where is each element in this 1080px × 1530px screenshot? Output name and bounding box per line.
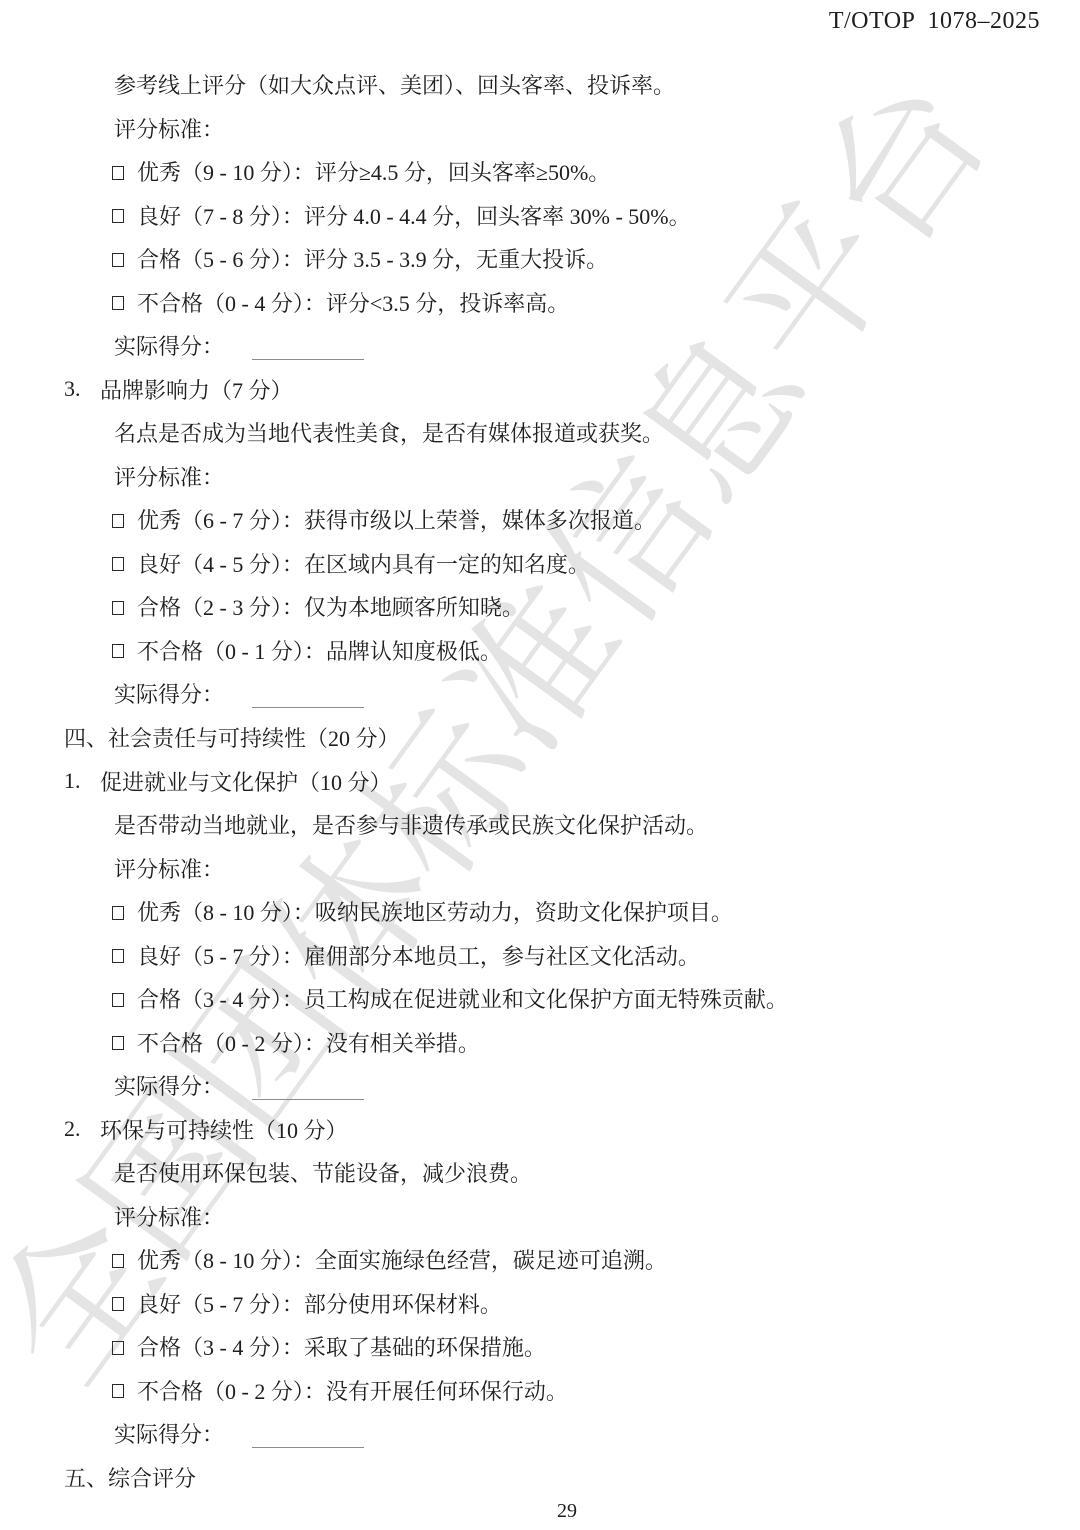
line-text: 名点是否成为当地代表性美食，是否有媒体报道或获奖。 bbox=[114, 417, 664, 448]
checkbox-icon bbox=[112, 993, 124, 1007]
line-text: 实际得分： bbox=[114, 1070, 224, 1101]
line-text: 环保与可持续性（10 分） bbox=[100, 1114, 348, 1145]
checkbox-icon bbox=[112, 166, 124, 180]
criteria-option: 良好（5 - 7 分）：部分使用环保材料。 bbox=[0, 1281, 1080, 1325]
criteria-option: 良好（5 - 7 分）：雇佣部分本地员工，参与社区文化活动。 bbox=[0, 933, 1080, 977]
criteria-option: 合格（3 - 4 分）：采取了基础的环保措施。 bbox=[0, 1325, 1080, 1369]
line-text: 优秀（9 - 10 分）：评分≥4.5 分，回头客率≥50%。 bbox=[137, 156, 610, 187]
criteria-option: 合格（2 - 3 分）：仅为本地顾客所知晓。 bbox=[0, 585, 1080, 629]
score-blank-line: 实际得分： bbox=[0, 1064, 1080, 1108]
line-text: 是否带动当地就业，是否参与非遗传承或民族文化保护活动。 bbox=[114, 809, 708, 840]
numbered-item: 2.环保与可持续性（10 分） bbox=[0, 1107, 1080, 1151]
line-text: 良好（5 - 7 分）：部分使用环保材料。 bbox=[137, 1288, 502, 1319]
line-text: 评分标准： bbox=[114, 461, 224, 492]
page-number: 29 bbox=[0, 1500, 1080, 1523]
item-number: 2. bbox=[64, 1116, 100, 1142]
line-text: 实际得分： bbox=[114, 1418, 224, 1449]
item-number: 3. bbox=[64, 376, 100, 402]
document-code: T/OTOP 1078–2025 bbox=[829, 8, 1040, 35]
criteria-option: 不合格（0 - 2 分）：没有相关举措。 bbox=[0, 1020, 1080, 1064]
section-heading: 五、综合评分 bbox=[0, 1456, 1080, 1500]
line-text: 评分标准： bbox=[114, 113, 224, 144]
line-text: 合格（3 - 4 分）：采取了基础的环保措施。 bbox=[137, 1331, 546, 1362]
paragraph: 评分标准： bbox=[0, 846, 1080, 890]
line-text: 优秀（8 - 10 分）：全面实施绿色经营，碳足迹可追溯。 bbox=[137, 1244, 667, 1275]
line-text: 合格（2 - 3 分）：仅为本地顾客所知晓。 bbox=[137, 591, 524, 622]
line-text: 良好（5 - 7 分）：雇佣部分本地员工，参与社区文化活动。 bbox=[137, 940, 700, 971]
line-text: 优秀（6 - 7 分）：获得市级以上荣誉，媒体多次报道。 bbox=[137, 504, 656, 535]
line-text: 是否使用环保包装、节能设备，减少浪费。 bbox=[114, 1157, 532, 1188]
checkbox-icon bbox=[112, 1254, 124, 1268]
line-text: 不合格（0 - 2 分）：没有开展任何环保行动。 bbox=[137, 1375, 568, 1406]
paragraph: 名点是否成为当地代表性美食，是否有媒体报道或获奖。 bbox=[0, 411, 1080, 455]
line-text: 良好（7 - 8 分）：评分 4.0 - 4.4 分，回头客率 30% - 50… bbox=[137, 200, 691, 231]
score-blank-line: 实际得分： bbox=[0, 672, 1080, 716]
checkbox-icon bbox=[112, 949, 124, 963]
paragraph: 评分标准： bbox=[0, 1194, 1080, 1238]
score-blank-underline bbox=[252, 331, 364, 360]
paragraph: 是否使用环保包装、节能设备，减少浪费。 bbox=[0, 1151, 1080, 1195]
criteria-option: 优秀（8 - 10 分）：吸纳民族地区劳动力，资助文化保护项目。 bbox=[0, 890, 1080, 934]
document-lines: 参考线上评分（如大众点评、美团）、回头客率、投诉率。评分标准：优秀（9 - 10… bbox=[0, 63, 1080, 1499]
checkbox-icon bbox=[112, 514, 124, 528]
criteria-option: 不合格（0 - 4 分）：评分<3.5 分，投诉率高。 bbox=[0, 281, 1080, 325]
section-heading: 四、社会责任与可持续性（20 分） bbox=[0, 716, 1080, 760]
line-text: 良好（4 - 5 分）：在区域内具有一定的知名度。 bbox=[137, 548, 590, 579]
item-number: 1. bbox=[64, 768, 100, 794]
line-text: 品牌影响力（7 分） bbox=[100, 374, 293, 405]
criteria-option: 不合格（0 - 2 分）：没有开展任何环保行动。 bbox=[0, 1368, 1080, 1412]
checkbox-icon bbox=[112, 1297, 124, 1311]
checkbox-icon bbox=[112, 253, 124, 267]
standard-document-page: 全国团体标准信息平台 T/OTOP 1078–2025 参考线上评分（如大众点评… bbox=[0, 0, 1080, 1530]
criteria-option: 优秀（8 - 10 分）：全面实施绿色经营，碳足迹可追溯。 bbox=[0, 1238, 1080, 1282]
line-text: 合格（3 - 4 分）：员工构成在促进就业和文化保护方面无特殊贡献。 bbox=[137, 983, 788, 1014]
criteria-option: 良好（7 - 8 分）：评分 4.0 - 4.4 分，回头客率 30% - 50… bbox=[0, 194, 1080, 238]
criteria-option: 不合格（0 - 1 分）：品牌认知度极低。 bbox=[0, 629, 1080, 673]
line-text: 促进就业与文化保护（10 分） bbox=[100, 766, 392, 797]
line-text: 参考线上评分（如大众点评、美团）、回头客率、投诉率。 bbox=[114, 69, 675, 100]
checkbox-icon bbox=[112, 557, 124, 571]
checkbox-icon bbox=[112, 644, 124, 658]
checkbox-icon bbox=[112, 296, 124, 310]
checkbox-icon bbox=[112, 601, 124, 615]
line-text: 不合格（0 - 1 分）：品牌认知度极低。 bbox=[137, 635, 502, 666]
checkbox-icon bbox=[112, 1341, 124, 1355]
line-text: 评分标准： bbox=[114, 1201, 224, 1232]
criteria-option: 优秀（9 - 10 分）：评分≥4.5 分，回头客率≥50%。 bbox=[0, 150, 1080, 194]
criteria-option: 优秀（6 - 7 分）：获得市级以上荣誉，媒体多次报道。 bbox=[0, 498, 1080, 542]
line-text: 四、社会责任与可持续性（20 分） bbox=[64, 722, 400, 753]
score-blank-line: 实际得分： bbox=[0, 324, 1080, 368]
line-text: 实际得分： bbox=[114, 330, 224, 361]
checkbox-icon bbox=[112, 1384, 124, 1398]
checkbox-icon bbox=[112, 209, 124, 223]
line-text: 评分标准： bbox=[114, 853, 224, 884]
criteria-option: 良好（4 - 5 分）：在区域内具有一定的知名度。 bbox=[0, 542, 1080, 586]
line-text: 合格（5 - 6 分）：评分 3.5 - 3.9 分，无重大投诉。 bbox=[137, 243, 608, 274]
line-text: 不合格（0 - 4 分）：评分<3.5 分，投诉率高。 bbox=[137, 287, 569, 318]
paragraph: 评分标准： bbox=[0, 455, 1080, 499]
line-text: 五、综合评分 bbox=[64, 1462, 196, 1493]
numbered-item: 3.品牌影响力（7 分） bbox=[0, 368, 1080, 412]
score-blank-underline bbox=[252, 1071, 364, 1100]
line-text: 实际得分： bbox=[114, 678, 224, 709]
line-text: 优秀（8 - 10 分）：吸纳民族地区劳动力，资助文化保护项目。 bbox=[137, 896, 733, 927]
score-blank-line: 实际得分： bbox=[0, 1412, 1080, 1456]
numbered-item: 1.促进就业与文化保护（10 分） bbox=[0, 759, 1080, 803]
line-text: 不合格（0 - 2 分）：没有相关举措。 bbox=[137, 1027, 480, 1058]
checkbox-icon bbox=[112, 1036, 124, 1050]
paragraph: 评分标准： bbox=[0, 107, 1080, 151]
checkbox-icon bbox=[112, 906, 124, 920]
score-blank-underline bbox=[252, 1419, 364, 1448]
score-blank-underline bbox=[252, 679, 364, 708]
criteria-option: 合格（5 - 6 分）：评分 3.5 - 3.9 分，无重大投诉。 bbox=[0, 237, 1080, 281]
paragraph: 参考线上评分（如大众点评、美团）、回头客率、投诉率。 bbox=[0, 63, 1080, 107]
paragraph: 是否带动当地就业，是否参与非遗传承或民族文化保护活动。 bbox=[0, 803, 1080, 847]
criteria-option: 合格（3 - 4 分）：员工构成在促进就业和文化保护方面无特殊贡献。 bbox=[0, 977, 1080, 1021]
